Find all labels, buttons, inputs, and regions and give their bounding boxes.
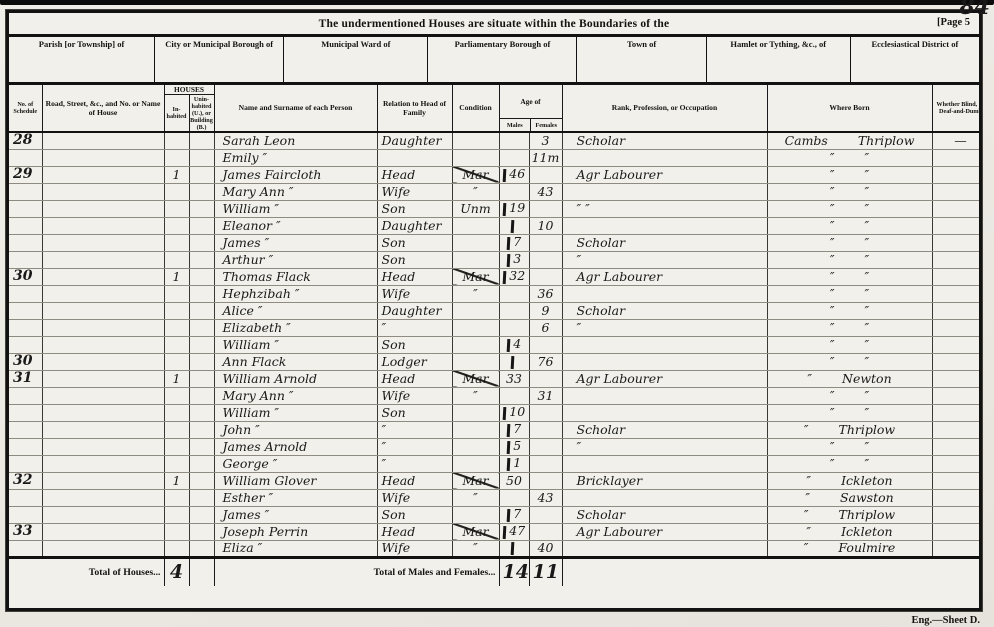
occupation-value: Scholar — [577, 235, 626, 250]
age-female-value: 9 — [542, 303, 550, 318]
name-value: George ″ — [223, 456, 278, 471]
blind-value: — — [954, 133, 967, 148]
location-field-label: Hamlet or Tything, &c., of — [730, 39, 826, 50]
name-cell: James ″ — [214, 506, 377, 523]
name-cell: Eleanor ″ — [214, 217, 377, 234]
born-value: ″ ″ — [830, 252, 869, 267]
table-row: Emily ″11m″ ″ — [9, 149, 982, 166]
name-cell: Ann Flack — [214, 353, 377, 370]
occupation-cell: Scholar — [562, 132, 767, 149]
born-value: ″ ″ — [830, 150, 869, 165]
census-sheet: The undermentioned Houses are situate wi… — [6, 10, 982, 611]
name-value: William Arnold — [223, 371, 317, 386]
blind-cell — [932, 506, 982, 523]
age-female-cell — [529, 268, 562, 285]
relation-value: Son — [382, 337, 406, 352]
relation-value: Head — [382, 269, 416, 284]
born-value: ″ ″ — [830, 456, 869, 471]
age-male-cell — [499, 149, 529, 166]
name-cell: Alice ″ — [214, 302, 377, 319]
uninhabited-cell — [189, 200, 214, 217]
born-cell: ″ ″ — [767, 302, 932, 319]
born-cell: ″ ″ — [767, 251, 932, 268]
schedule-cell — [9, 421, 42, 438]
schedule-value: 30 — [13, 353, 32, 369]
born-value: ″ ″ — [830, 184, 869, 199]
table-row: Hephzibah ″Wife″36″ ″ — [9, 285, 982, 302]
scanned-census-page: 84 The undermentioned Houses are situate… — [0, 0, 994, 627]
blind-cell — [932, 421, 982, 438]
relation-cell: Son — [377, 506, 452, 523]
age-male-cell — [499, 387, 529, 404]
born-value: ″ Thriplow — [804, 507, 895, 522]
name-cell: Elizabeth ″ — [214, 319, 377, 336]
relation-cell: Daughter — [377, 132, 452, 149]
born-cell: ″ ″ — [767, 217, 932, 234]
uninhabited-cell — [189, 336, 214, 353]
age-male-value: 46 — [509, 166, 525, 181]
condition-cell — [452, 421, 499, 438]
age-male-cell — [499, 217, 529, 234]
inhabited-cell — [164, 438, 189, 455]
age-male-cell: 7 — [499, 234, 529, 251]
schedule-cell — [9, 404, 42, 421]
road-cell — [42, 302, 164, 319]
age-female-value: 40 — [538, 540, 554, 555]
condition-cell: ″ — [452, 489, 499, 506]
uninhabited-cell — [189, 302, 214, 319]
name-cell: Hephzibah ″ — [214, 285, 377, 302]
age-male-cell: 7 — [499, 506, 529, 523]
road-cell — [42, 183, 164, 200]
relation-value: Son — [382, 507, 406, 522]
total-males-females-label: Total of Males and Females... — [214, 557, 499, 586]
relation-cell: Daughter — [377, 302, 452, 319]
col-header-age-females: Females — [530, 119, 562, 131]
name-value: William ″ — [223, 337, 280, 352]
name-value: James Arnold — [223, 439, 308, 454]
age-female-cell — [529, 455, 562, 472]
born-value: ″ Foulmire — [804, 540, 895, 555]
col-header-age-males: Males — [500, 119, 531, 131]
table-row: Mary Ann ″Wife″31″ ″ — [9, 387, 982, 404]
name-value: Thomas Flack — [223, 269, 311, 284]
born-value: ″ ″ — [830, 337, 869, 352]
inhabited-cell — [164, 421, 189, 438]
name-cell: William ″ — [214, 200, 377, 217]
blind-cell — [932, 166, 982, 183]
occupation-cell: Agr Labourer — [562, 523, 767, 540]
relation-cell: Son — [377, 234, 452, 251]
table-row: Alice ″Daughter9Scholar″ ″ — [9, 302, 982, 319]
blind-cell — [932, 455, 982, 472]
name-cell: Thomas Flack — [214, 268, 377, 285]
relation-value: Wife — [382, 286, 411, 301]
inhabited-cell — [164, 200, 189, 217]
schedule-cell — [9, 302, 42, 319]
table-row: 311William ArnoldHeadMar33Agr Labourer″ … — [9, 370, 982, 387]
name-cell: William Glover — [214, 472, 377, 489]
relation-value: ″ — [382, 456, 387, 471]
blind-cell — [932, 217, 982, 234]
blind-cell — [932, 302, 982, 319]
schedule-value: 33 — [13, 523, 32, 539]
relation-value: ″ — [382, 320, 387, 335]
inhabited-value: 1 — [173, 473, 181, 488]
occupation-cell: Bricklayer — [562, 472, 767, 489]
age-male-cell: 47 — [499, 523, 529, 540]
condition-cell: Mar — [452, 523, 499, 540]
occupation-value: Agr Labourer — [577, 524, 663, 539]
born-value: ″ Ickleton — [806, 473, 892, 488]
born-cell: ″ Thriplow — [767, 506, 932, 523]
total-houses-label: Total of Houses... — [9, 557, 164, 586]
name-cell: William ″ — [214, 336, 377, 353]
occupation-cell — [562, 404, 767, 421]
occupation-cell: Agr Labourer — [562, 370, 767, 387]
name-value: James ″ — [223, 507, 270, 522]
location-field: Parish [or Township] of — [9, 37, 155, 82]
condition-value: Mar — [462, 473, 488, 488]
road-cell — [42, 166, 164, 183]
age-female-cell: 10 — [529, 217, 562, 234]
table-row: 30Ann FlackLodger76″ ″ — [9, 353, 982, 370]
col-header-born: Where Born — [767, 85, 932, 132]
age-female-cell — [529, 421, 562, 438]
name-value: Sarah Leon — [223, 133, 296, 148]
uninhabited-total-cell — [189, 557, 214, 586]
born-cell: ″ Foulmire — [767, 540, 932, 557]
relation-cell: Son — [377, 200, 452, 217]
age-female-cell — [529, 404, 562, 421]
table-row: Esther ″Wife″43″ Sawston — [9, 489, 982, 506]
uninhabited-cell — [189, 166, 214, 183]
blind-cell — [932, 200, 982, 217]
schedule-cell — [9, 489, 42, 506]
age-female-value: 3 — [542, 133, 550, 148]
road-cell — [42, 370, 164, 387]
born-value: ″ ″ — [830, 286, 869, 301]
occupation-cell: ″ — [562, 438, 767, 455]
inhabited-value: 1 — [173, 269, 181, 284]
condition-cell: ″ — [452, 540, 499, 557]
age-male-cell — [499, 183, 529, 200]
age-female-cell — [529, 438, 562, 455]
road-cell — [42, 200, 164, 217]
schedule-cell — [9, 387, 42, 404]
name-value: Joseph Perrin — [223, 524, 309, 539]
condition-value: ″ — [473, 286, 478, 301]
age-group-label: Age of — [500, 85, 562, 119]
age-male-cell: 4 — [499, 336, 529, 353]
born-cell: ″ Sawston — [767, 489, 932, 506]
table-row: James ″Son7Scholar″ Thriplow — [9, 506, 982, 523]
age-female-value: 76 — [538, 354, 554, 369]
born-value: ″ ″ — [830, 269, 869, 284]
occupation-value: Scholar — [577, 303, 626, 318]
born-value: ″ Ickleton — [806, 524, 892, 539]
uninhabited-cell — [189, 285, 214, 302]
inhabited-cell — [164, 183, 189, 200]
born-cell: ″ ″ — [767, 285, 932, 302]
inhabited-cell: 1 — [164, 472, 189, 489]
age-male-value: 3 — [513, 251, 521, 266]
relation-cell: Head — [377, 166, 452, 183]
inhabited-value: 1 — [173, 371, 181, 386]
inhabited-cell — [164, 540, 189, 557]
age-male-value: 19 — [509, 200, 525, 215]
born-value: ″ Thriplow — [804, 422, 895, 437]
inhabited-cell — [164, 149, 189, 166]
schedule-cell — [9, 285, 42, 302]
schedule-cell: 31 — [9, 370, 42, 387]
age-male-value: 1 — [513, 455, 521, 470]
condition-cell — [452, 455, 499, 472]
occupation-value: Scholar — [577, 133, 626, 148]
condition-cell — [452, 149, 499, 166]
relation-cell: Wife — [377, 540, 452, 557]
age-male-cell — [499, 302, 529, 319]
occupation-cell: ″ ″ — [562, 200, 767, 217]
condition-cell: Mar — [452, 472, 499, 489]
road-cell — [42, 540, 164, 557]
condition-cell — [452, 506, 499, 523]
age-male-value: 7 — [513, 234, 521, 249]
name-value: William Glover — [223, 473, 317, 488]
relation-cell: Wife — [377, 183, 452, 200]
relation-cell: Head — [377, 523, 452, 540]
road-cell — [42, 489, 164, 506]
uninhabited-cell — [189, 421, 214, 438]
location-field-label: Parliamentary Borough of — [455, 39, 551, 50]
road-cell — [42, 438, 164, 455]
schedule-cell: 30 — [9, 268, 42, 285]
born-cell: ″ ″ — [767, 268, 932, 285]
name-value: Eleanor ″ — [223, 218, 281, 233]
occupation-cell: Scholar — [562, 302, 767, 319]
road-cell — [42, 472, 164, 489]
age-male-cell: 50 — [499, 472, 529, 489]
schedule-cell: 30 — [9, 353, 42, 370]
condition-cell — [452, 234, 499, 251]
occupation-value: Agr Labourer — [577, 371, 663, 386]
relation-cell: Head — [377, 268, 452, 285]
inhabited-cell — [164, 353, 189, 370]
uninhabited-cell — [189, 489, 214, 506]
relation-value: Son — [382, 235, 406, 250]
born-cell: ″ Newton — [767, 370, 932, 387]
table-row: Eliza ″Wife″40″ Foulmire — [9, 540, 982, 557]
inhabited-cell: 1 — [164, 268, 189, 285]
col-header-relation: Relation to Head of Family — [377, 85, 452, 132]
blind-cell — [932, 387, 982, 404]
age-male-cell: 19 — [499, 200, 529, 217]
uninhabited-cell — [189, 438, 214, 455]
born-cell: ″ Ickleton — [767, 472, 932, 489]
age-female-value: 36 — [538, 286, 554, 301]
inhabited-cell — [164, 404, 189, 421]
relation-value: ″ — [382, 422, 387, 437]
name-value: James ″ — [223, 235, 270, 250]
condition-cell: ″ — [452, 387, 499, 404]
age-male-cell: 3 — [499, 251, 529, 268]
condition-value: ″ — [473, 540, 478, 555]
col-header-schedule: No. of Schedule — [9, 85, 42, 132]
age-male-cell: 46 — [499, 166, 529, 183]
name-cell: John ″ — [214, 421, 377, 438]
age-male-cell: 10 — [499, 404, 529, 421]
road-cell — [42, 506, 164, 523]
name-value: Hephzibah ″ — [223, 286, 300, 301]
condition-value: Mar — [462, 371, 488, 386]
born-cell: ″ Ickleton — [767, 523, 932, 540]
condition-cell — [452, 302, 499, 319]
born-cell: ″ ″ — [767, 387, 932, 404]
inhabited-cell — [164, 217, 189, 234]
relation-value: Head — [382, 167, 416, 182]
census-table-body: 28Sarah LeonDaughter3ScholarCambs Thripl… — [9, 132, 982, 557]
occupation-value: Agr Labourer — [577, 167, 663, 182]
condition-cell: Unm — [452, 200, 499, 217]
age-female-cell — [529, 200, 562, 217]
age-female-cell — [529, 336, 562, 353]
age-female-cell — [529, 523, 562, 540]
name-value: William ″ — [223, 201, 280, 216]
uninhabited-cell — [189, 234, 214, 251]
condition-cell — [452, 336, 499, 353]
handwritten-folio-number: 84 — [959, 0, 990, 20]
table-row: 33Joseph PerrinHeadMar47Agr Labourer″ Ic… — [9, 523, 982, 540]
occupation-cell — [562, 285, 767, 302]
occupation-cell — [562, 336, 767, 353]
relation-value: Lodger — [382, 354, 427, 369]
condition-cell — [452, 319, 499, 336]
schedule-cell — [9, 319, 42, 336]
schedule-cell — [9, 540, 42, 557]
condition-cell — [452, 404, 499, 421]
col-header-road: Road, Street, &c., and No. or Name of Ho… — [42, 85, 164, 132]
born-cell: ″ ″ — [767, 455, 932, 472]
occupation-cell — [562, 455, 767, 472]
age-male-value: 7 — [513, 421, 521, 436]
blind-cell: — — [932, 132, 982, 149]
born-cell: ″ ″ — [767, 353, 932, 370]
condition-cell — [452, 251, 499, 268]
relation-cell: Son — [377, 404, 452, 421]
location-field-label: City or Municipal Borough of — [165, 39, 273, 50]
location-field-label: Town of — [627, 39, 656, 50]
name-value: Elizabeth ″ — [223, 320, 291, 335]
age-male-cell — [499, 319, 529, 336]
born-cell: ″ ″ — [767, 404, 932, 421]
table-row: William ″Son10″ ″ — [9, 404, 982, 421]
age-male-cell — [499, 540, 529, 557]
age-female-cell: 76 — [529, 353, 562, 370]
age-male-cell — [499, 489, 529, 506]
location-row: Parish [or Township] ofCity or Municipal… — [9, 37, 979, 85]
table-row: Eleanor ″Daughter10″ ″ — [9, 217, 982, 234]
age-female-value: 43 — [538, 184, 554, 199]
born-cell: ″ Thriplow — [767, 421, 932, 438]
uninhabited-cell — [189, 472, 214, 489]
relation-value: Daughter — [382, 303, 442, 318]
relation-value: Son — [382, 405, 406, 420]
inhabited-cell — [164, 132, 189, 149]
inhabited-cell — [164, 234, 189, 251]
occupation-cell — [562, 540, 767, 557]
born-value: ″ ″ — [830, 201, 869, 216]
born-value: ″ ″ — [830, 354, 869, 369]
born-value: ″ ″ — [830, 405, 869, 420]
location-field: City or Municipal Borough of — [155, 37, 284, 82]
uninhabited-cell — [189, 268, 214, 285]
inhabited-cell — [164, 336, 189, 353]
age-female-cell — [529, 251, 562, 268]
name-cell: James Faircloth — [214, 166, 377, 183]
relation-cell — [377, 149, 452, 166]
road-cell — [42, 251, 164, 268]
road-cell — [42, 404, 164, 421]
age-female-cell: 6 — [529, 319, 562, 336]
table-row: Elizabeth ″″6″″ ″ — [9, 319, 982, 336]
name-cell: William ″ — [214, 404, 377, 421]
uninhabited-cell — [189, 506, 214, 523]
inhabited-cell — [164, 387, 189, 404]
occupation-cell — [562, 489, 767, 506]
sheet-title-row: The undermentioned Houses are situate wi… — [9, 13, 979, 37]
road-cell — [42, 149, 164, 166]
schedule-cell — [9, 200, 42, 217]
census-table-totals: Total of Houses... 4 Total of Males and … — [9, 557, 982, 586]
occupation-value: ″ ″ — [577, 201, 590, 216]
table-row: Arthur ″Son3″″ ″ — [9, 251, 982, 268]
condition-cell: Mar — [452, 370, 499, 387]
born-value: ″ ″ — [830, 218, 869, 233]
schedule-cell — [9, 149, 42, 166]
blind-cell — [932, 285, 982, 302]
name-cell: James Arnold — [214, 438, 377, 455]
condition-cell: ″ — [452, 285, 499, 302]
total-males-value: 14 — [499, 557, 529, 586]
blind-cell — [932, 404, 982, 421]
col-header-houses-group: HOUSES In-habited Unin-habited (U.), or … — [164, 85, 214, 132]
inhabited-cell: 1 — [164, 166, 189, 183]
relation-value: Wife — [382, 184, 411, 199]
name-value: Emily ″ — [223, 150, 268, 165]
inhabited-cell — [164, 319, 189, 336]
name-cell: Mary Ann ″ — [214, 183, 377, 200]
uninhabited-cell — [189, 132, 214, 149]
blind-cell — [932, 523, 982, 540]
occupation-value: Scholar — [577, 422, 626, 437]
col-header-name: Name and Surname of each Person — [214, 85, 377, 132]
relation-cell: Head — [377, 472, 452, 489]
table-row: James ″Son7Scholar″ ″ — [9, 234, 982, 251]
relation-cell: ″ — [377, 455, 452, 472]
age-male-value: 47 — [509, 523, 525, 538]
relation-value: Wife — [382, 388, 411, 403]
name-value: Esther ″ — [223, 490, 274, 505]
relation-value: Head — [382, 371, 416, 386]
road-cell — [42, 268, 164, 285]
col-header-blind: Whether Blind, or Deaf-and-Dumb — [932, 85, 982, 132]
location-field: Ecclesiastical District of — [851, 37, 979, 82]
born-value: ″ Sawston — [805, 490, 893, 505]
blind-cell — [932, 319, 982, 336]
relation-value: Daughter — [382, 218, 442, 233]
name-value: John ″ — [223, 422, 260, 437]
name-cell: Mary Ann ″ — [214, 387, 377, 404]
